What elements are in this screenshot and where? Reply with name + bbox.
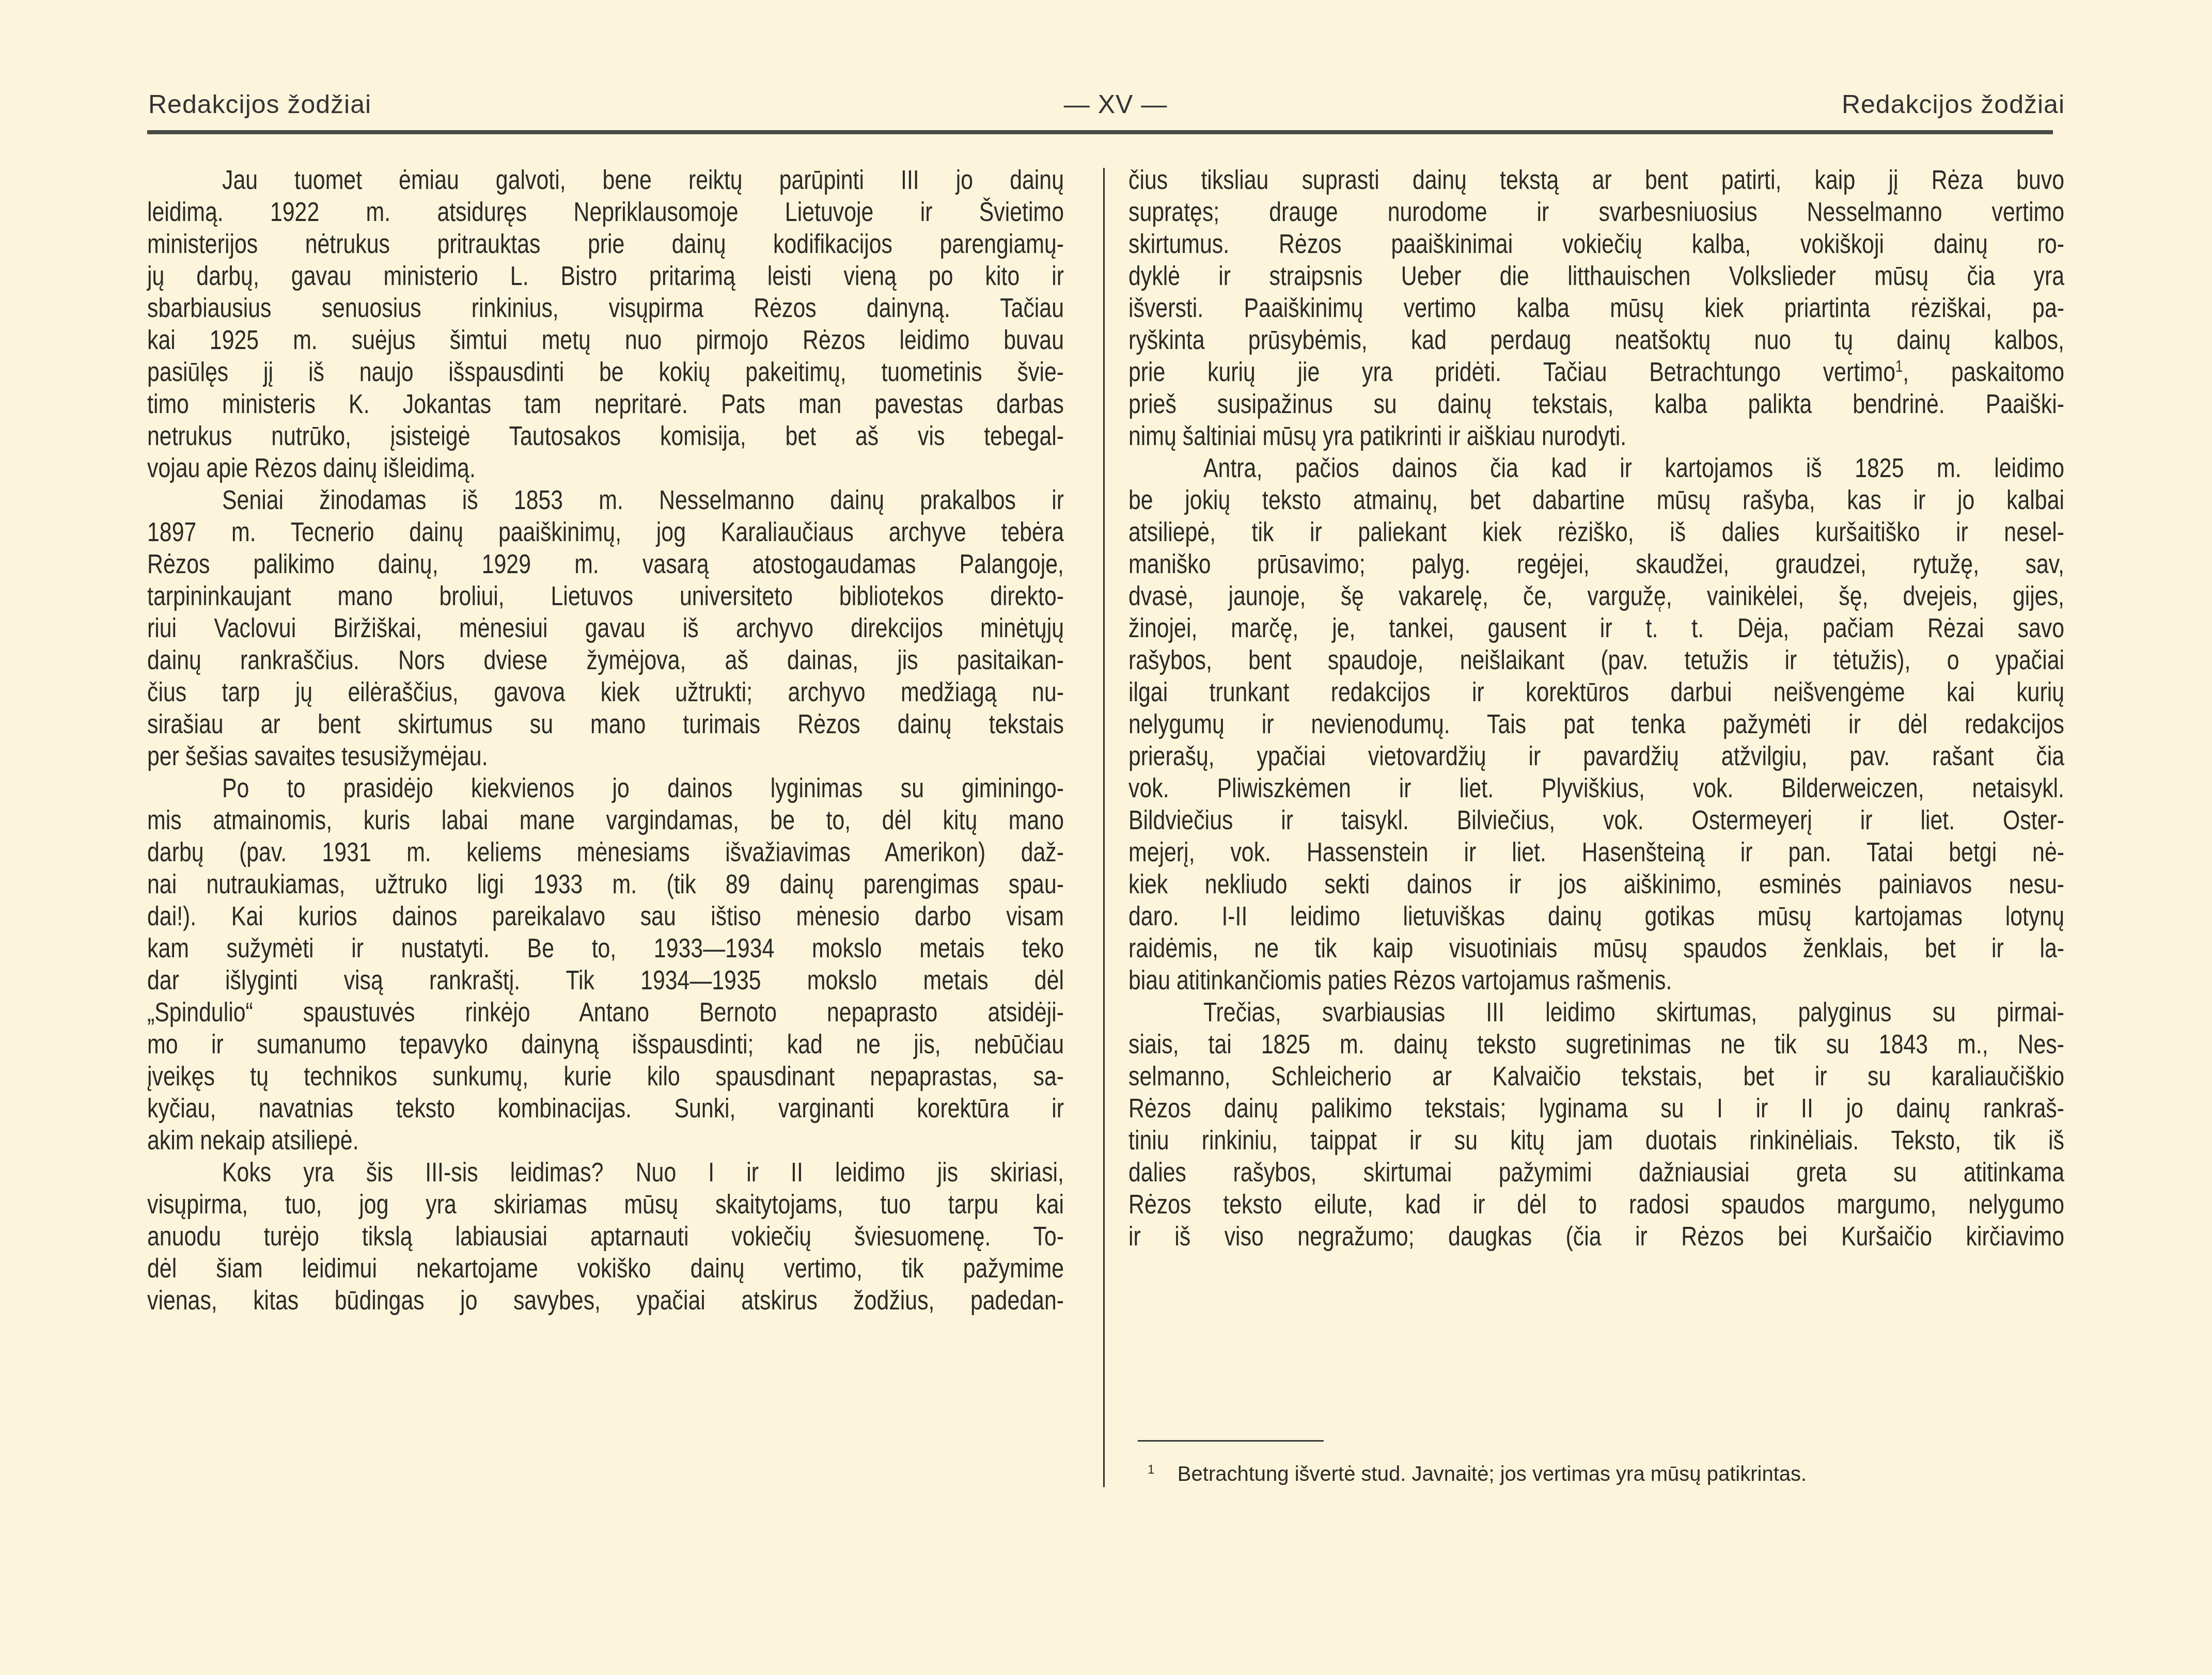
text-line-content: Bildviečius ir taisykl. Bilviečius, vok.… [1128,804,2064,836]
page-number: — XV — [1038,89,1193,120]
text-line: netrukus nutrūko, įsisteigė Tautosakos k… [147,420,1064,452]
text-line: Bildviečius ir taisykl. Bilviečius, vok.… [1128,804,2064,836]
text-line-content: anuodu turėjo tikslą labiausiai aptarnau… [147,1221,1064,1253]
left-column: Jau tuomet ėmiau galvoti, bene reiktų pa… [147,164,1064,1317]
text-line: skirtumus. Rėzos paaiškinimai vokiečių k… [1128,228,2064,260]
text-line-content: be jokių teksto atmainų, bet dabartine m… [1128,484,2064,516]
text-line-content: pasiūlęs jį iš naujo išspausdinti be kok… [147,356,1064,388]
text-line: Rėzos teksto eilute, kad ir dėl to rados… [1128,1189,2064,1221]
footnote-marker: 1 [1148,1463,1154,1477]
text-line: išversti. Paaiškinimų vertimo kalba mūsų… [1128,292,2064,324]
text-line: raidėmis, ne tik kaip visuotiniais mūsų … [1128,933,2064,965]
text-line: vok. Pliwiszkėmen ir liet. Plyviškius, v… [1128,772,2064,804]
text-line-content: vienas, kitas būdingas jo savybes, ypači… [147,1285,1064,1317]
text-line-content: kam sužymėti ir nustatyti. Be to, 1933—1… [147,933,1064,965]
text-line: žinojei, marčę, je, tankei, gausent ir t… [1128,612,2064,644]
text-line-content: mo ir sumanumo tepavyko dainyną išspausd… [147,1029,1064,1061]
text-line-content: siais, tai 1825 m. dainų teksto sugretin… [1128,1029,2064,1061]
text-line: 1897 m. Tecnerio dainų paaiškinimų, jog … [147,516,1064,548]
text-line: biau atitinkančiomis paties Rėzos vartoj… [1128,965,2064,997]
text-line: Po to prasidėjo kiekvienos jo dainos lyg… [147,772,1064,804]
footnote-text: Betrachtung išvertė stud. Javnaitė; jos … [1178,1463,1807,1486]
text-line-content: daro. I-II leidimo lietuviškas dainų got… [1128,900,2064,933]
text-line-content: nelygumų ir nevienodumų. Tais pat tenka … [1128,708,2064,740]
text-line-content: kiek nekliudo sekti dainos ir jos aiškin… [1128,868,2064,900]
text-line: Seniai žinodamas iš 1853 m. Nesselmanno … [147,484,1064,516]
text-line: darbų (pav. 1931 m. keliems mėnesiams iš… [147,836,1064,868]
text-line-content: „Spindulio“ spaustuvės rinkėjo Antano Be… [147,997,1064,1029]
text-line-content: kyčiau, navatnias teksto kombinacijas. S… [147,1093,1064,1125]
text-line: dar išlyginti visą rankraštį. Tik 1934—1… [147,965,1064,997]
text-line-content: raidėmis, ne tik kaip visuotiniais mūsų … [1128,933,2064,965]
text-line: dyklė ir straipsnis Ueber die litthauisc… [1128,260,2064,292]
text-line-content: Seniai žinodamas iš 1853 m. Nesselmanno … [222,484,1064,516]
text-line-content: Antra, pačios dainos čia kad ir kartojam… [1203,452,2064,484]
text-line-content: prieš susipažinus su dainų tekstais, kal… [1128,388,2064,420]
text-line-content: dai!). Kai kurios dainos pareikalavo sau… [147,900,1064,933]
text-line-content: skirtumus. Rėzos paaiškinimai vokiečių k… [1128,228,2064,260]
text-line: ilgai trunkant redakcijos ir korektūros … [1128,676,2064,708]
text-line-content: sirašiau ar bent skirtumus su mano turim… [147,708,1064,740]
text-line: sbarbiausius senuosius rinkinius, visųpi… [147,292,1064,324]
text-line: nimų šaltiniai mūsų yra patikrinti ir ai… [1128,420,2064,452]
text-line: kyčiau, navatnias teksto kombinacijas. S… [147,1093,1064,1125]
text-line: riui Vaclovui Biržiškai, mėnesiui gavau … [147,612,1064,644]
text-line: leidimą. 1922 m. atsiduręs Nepriklausomo… [147,196,1064,228]
text-line: kai 1925 m. suėjus šimtui metų nuo pirmo… [147,324,1064,356]
text-line: dėl šiam leidimui nekartojame vokiško da… [147,1253,1064,1285]
text-line-content: vok. Pliwiszkėmen ir liet. Plyviškius, v… [1128,772,2064,804]
text-line: rašybos, bent spaudoje, neišlaikant (pav… [1128,644,2064,676]
text-line-content: čius tarp jų eilėraščius, gavova kiek už… [147,676,1064,708]
text-line: siais, tai 1825 m. dainų teksto sugretin… [1128,1029,2064,1061]
text-line-content: biau atitinkančiomis paties Rėzos vartoj… [1128,965,1672,997]
text-line-content: akim nekaip atsiliepė. [147,1125,359,1157]
text-line: čius tarp jų eilėraščius, gavova kiek už… [147,676,1064,708]
text-line-content: ministerijos nėtrukus pritrauktas prie d… [147,228,1064,260]
text-line-content: nai nutraukiamas, užtruko ligi 1933 m. (… [147,868,1064,900]
text-line-content: čius tiksliau suprasti dainų tekstą ar b… [1128,164,2064,196]
text-line-content: rašybos, bent spaudoje, neišlaikant (pav… [1128,644,2064,676]
text-line: dalies rašybos, skirtumai pažymimi dažni… [1128,1157,2064,1189]
text-line: ryškinta prūsybėmis, kad perdaug neatšok… [1128,324,2064,356]
text-line-content: Rėzos palikimo dainų, 1929 m. vasarą ato… [147,548,1064,580]
text-line: Koks yra šis III-sis leidimas? Nuo I ir … [147,1157,1064,1189]
text-line-content: mejerį, vok. Hassenstein ir liet. Hasenš… [1128,836,2064,868]
text-line-content: riui Vaclovui Biržiškai, mėnesiui gavau … [147,612,1064,644]
text-line-content: kai 1925 m. suėjus šimtui metų nuo pirmo… [147,324,1064,356]
text-line: mo ir sumanumo tepavyko dainyną išspausd… [147,1029,1064,1061]
text-line-content: jų darbų, gavau ministerio L. Bistro pri… [147,260,1064,292]
header-right-title: Redakcijos žodžiai [1842,89,2065,120]
text-line-content: tarpininkaujant mano broliui, Lietuvos u… [147,580,1064,612]
footnote-ref: 1 [1895,358,1903,375]
text-line: Antra, pačios dainos čia kad ir kartojam… [1128,452,2064,484]
text-line-content: mis atmainomis, kuris labai mane vargind… [147,804,1064,836]
text-line: akim nekaip atsiliepė. [147,1125,1064,1157]
text-line-content: išversti. Paaiškinimų vertimo kalba mūsų… [1128,292,2064,324]
text-line-content: timo ministeris K. Jokantas tam nepritar… [147,388,1064,420]
footnote: 1 Betrachtung išvertė stud. Javnaitė; jo… [1148,1459,1807,1490]
text-line-content: dyklė ir straipsnis Ueber die litthauisc… [1128,260,2064,292]
text-line-content: žinojei, marčę, je, tankei, gausent ir t… [1128,612,2064,644]
text-line: ir iš viso negražumo; daugkas (čia ir Rė… [1128,1221,2064,1253]
footnote-rule [1138,1440,1324,1442]
text-line: dainų rankraščius. Nors dviese žymėjova,… [147,644,1064,676]
text-line-content: darbų (pav. 1931 m. keliems mėnesiams iš… [147,836,1064,868]
text-line-content: Jau tuomet ėmiau galvoti, bene reiktų pa… [222,164,1064,196]
text-line-content: nimų šaltiniai mūsų yra patikrinti ir ai… [1128,420,1626,452]
text-line-content: dainų rankraščius. Nors dviese žymėjova,… [147,644,1064,676]
text-line: Rėzos dainų palikimo tekstais; lyginama … [1128,1093,2064,1125]
text-line-content: Koks yra šis III-sis leidimas? Nuo I ir … [222,1157,1064,1189]
text-line: pasiūlęs jį iš naujo išspausdinti be kok… [147,356,1064,388]
text-line: per šešias savaites tesusižymėjau. [147,740,1064,772]
text-line-content: ryškinta prūsybėmis, kad perdaug neatšok… [1128,324,2064,356]
text-line: dvasė, jaunoje, šę vakarelę, če, varguže… [1128,580,2064,612]
text-line: atsiliepė, tik ir paliekant kiek rėziško… [1128,516,2064,548]
text-line-content: dar išlyginti visą rankraštį. Tik 1934—1… [147,965,1064,997]
text-line-content: vojau apie Rėzos dainų išleidimą. [147,452,476,484]
header-rule [147,130,2053,134]
text-line: „Spindulio“ spaustuvės rinkėjo Antano Be… [147,997,1064,1029]
text-line: daro. I-II leidimo lietuviškas dainų got… [1128,900,2064,933]
text-line-content: dvasė, jaunoje, šę vakarelę, če, varguže… [1128,580,2064,612]
text-line-content: sbarbiausius senuosius rinkinius, visųpi… [147,292,1064,324]
text-line: jų darbų, gavau ministerio L. Bistro pri… [147,260,1064,292]
text-line-content: ilgai trunkant redakcijos ir korektūros … [1128,676,2064,708]
text-line-content: prie kurių jie yra pridėti. Tačiau Betra… [1128,356,2064,388]
text-line: prierašų, ypačiai vietovardžių ir pavard… [1128,740,2064,772]
text-line-content: maniško prūsavimo; palyg. regėjei, skaud… [1128,548,2064,580]
text-line-content: 1897 m. Tecnerio dainų paaiškinimų, jog … [147,516,1064,548]
text-line: Rėzos palikimo dainų, 1929 m. vasarą ato… [147,548,1064,580]
text-line: selmanno, Schleicherio ar Kalvaičio teks… [1128,1061,2064,1093]
text-line: tarpininkaujant mano broliui, Lietuvos u… [147,580,1064,612]
text-line: prie kurių jie yra pridėti. Tačiau Betra… [1128,356,2064,388]
text-line-content: netrukus nutrūko, įsisteigė Tautosakos k… [147,420,1064,452]
text-line-content: Rėzos dainų palikimo tekstais; lyginama … [1128,1093,2064,1125]
running-header: Redakcijos žodžiai — XV — Redakcijos žod… [0,0,2212,155]
text-line-content: dėl šiam leidimui nekartojame vokiško da… [147,1253,1064,1285]
text-line-content: visųpirma, tuo, jog yra skiriamas mūsų s… [147,1189,1064,1221]
text-line: prieš susipažinus su dainų tekstais, kal… [1128,388,2064,420]
text-line: dai!). Kai kurios dainos pareikalavo sau… [147,900,1064,933]
text-line: kam sužymėti ir nustatyti. Be to, 1933—1… [147,933,1064,965]
text-line: vienas, kitas būdingas jo savybes, ypači… [147,1285,1064,1317]
text-line-content: selmanno, Schleicherio ar Kalvaičio teks… [1128,1061,2064,1093]
text-line-content: prierašų, ypačiai vietovardžių ir pavard… [1128,740,2064,772]
text-line: įveikęs tų technikos sunkumų, kurie kilo… [147,1061,1064,1093]
text-line: supratęs; drauge nurodome ir svarbesniuo… [1128,196,2064,228]
text-line: visųpirma, tuo, jog yra skiriamas mūsų s… [147,1189,1064,1221]
text-line: mis atmainomis, kuris labai mane vargind… [147,804,1064,836]
text-line: mejerį, vok. Hassenstein ir liet. Hasenš… [1128,836,2064,868]
text-line: kiek nekliudo sekti dainos ir jos aiškin… [1128,868,2064,900]
column-divider [1103,168,1105,1487]
text-line: nelygumų ir nevienodumų. Tais pat tenka … [1128,708,2064,740]
text-line: timo ministeris K. Jokantas tam nepritar… [147,388,1064,420]
text-line-content: per šešias savaites tesusižymėjau. [147,740,488,772]
text-line: tiniu rinkiniu, taippat ir su kitų jam d… [1128,1125,2064,1157]
text-line: čius tiksliau suprasti dainų tekstą ar b… [1128,164,2064,196]
text-line: vojau apie Rėzos dainų išleidimą. [147,452,1064,484]
text-line-content: Po to prasidėjo kiekvienos jo dainos lyg… [222,772,1064,804]
text-line: ministerijos nėtrukus pritrauktas prie d… [147,228,1064,260]
text-line-content: tiniu rinkiniu, taippat ir su kitų jam d… [1128,1125,2064,1157]
text-line: be jokių teksto atmainų, bet dabartine m… [1128,484,2064,516]
text-line: sirašiau ar bent skirtumus su mano turim… [147,708,1064,740]
text-line: anuodu turėjo tikslą labiausiai aptarnau… [147,1221,1064,1253]
text-line: Trečias, svarbiausias III leidimo skirtu… [1128,997,2064,1029]
text-line: nai nutraukiamas, užtruko ligi 1933 m. (… [147,868,1064,900]
text-line-content: supratęs; drauge nurodome ir svarbesniuo… [1128,196,2064,228]
text-line-content: įveikęs tų technikos sunkumų, kurie kilo… [147,1061,1064,1093]
text-line: maniško prūsavimo; palyg. regėjei, skaud… [1128,548,2064,580]
text-line-content: dalies rašybos, skirtumai pažymimi dažni… [1128,1157,2064,1189]
right-column: čius tiksliau suprasti dainų tekstą ar b… [1128,164,2064,1253]
header-left-title: Redakcijos žodžiai [148,89,371,120]
text-line-content: leidimą. 1922 m. atsiduręs Nepriklausomo… [147,196,1064,228]
text-line-content: ir iš viso negražumo; daugkas (čia ir Rė… [1128,1221,2064,1253]
text-line-content: Rėzos teksto eilute, kad ir dėl to rados… [1128,1189,2064,1221]
text-line-content: atsiliepė, tik ir paliekant kiek rėziško… [1128,516,2064,548]
text-line: Jau tuomet ėmiau galvoti, bene reiktų pa… [147,164,1064,196]
text-line-content: Trečias, svarbiausias III leidimo skirtu… [1203,997,2064,1029]
